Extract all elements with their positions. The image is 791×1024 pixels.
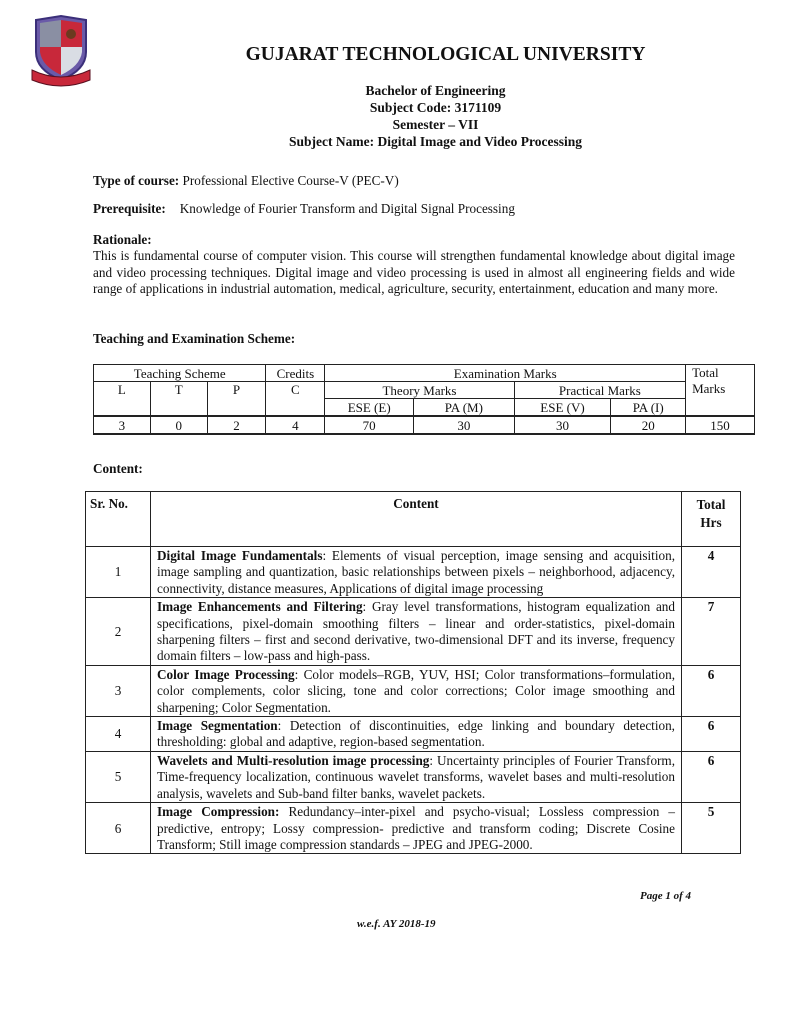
content-sr-no: 6: [86, 803, 151, 854]
practical-marks-header: Practical Marks: [514, 382, 685, 399]
type-of-course-label: Type of course:: [93, 173, 179, 188]
content-text: Image Compression: Redundancy–inter-pixe…: [151, 803, 682, 854]
content-row: 3Color Image Processing: Color models–RG…: [86, 665, 741, 716]
c-value: 4: [266, 416, 325, 434]
content-sr-no: 3: [86, 665, 151, 716]
total-hrs-header: Total Hrs: [682, 492, 741, 547]
c-header: C: [266, 382, 325, 417]
ese-e-header: ESE (E): [325, 399, 414, 417]
total-hrs-line1: Total: [686, 496, 736, 514]
pa-m-value: 30: [414, 416, 515, 434]
prerequisite-label: Prerequisite:: [93, 201, 166, 216]
wef-note: w.e.f. AY 2018-19: [357, 918, 436, 930]
total-marks-header: Total Marks: [686, 365, 755, 417]
content-sr-no: 5: [86, 751, 151, 802]
content-topic-title: Image Segmentation: [157, 718, 278, 733]
content-hours: 6: [682, 665, 741, 716]
pa-i-header: PA (I): [611, 399, 686, 417]
semester: Semester – VII: [0, 117, 791, 133]
content-topic-title: Digital Image Fundamentals: [157, 548, 322, 563]
subject-name: Subject Name: Digital Image and Video Pr…: [0, 134, 791, 150]
content-heading: Content:: [93, 461, 735, 478]
content-hours: 4: [682, 547, 741, 598]
content-topic-title: Image Compression:: [157, 804, 279, 819]
content-row: 6Image Compression: Redundancy–inter-pix…: [86, 803, 741, 854]
content-sr-no: 4: [86, 717, 151, 752]
content-sr-no: 1: [86, 547, 151, 598]
ese-v-header: ESE (V): [514, 399, 611, 417]
l-value: 3: [94, 416, 151, 434]
total-marks-value: 150: [686, 416, 755, 434]
t-header: T: [150, 382, 207, 417]
credits-header: Credits: [266, 365, 325, 382]
t-value: 0: [150, 416, 207, 434]
content-header: Content: [151, 492, 682, 547]
subject-code: Subject Code: 3171109: [0, 100, 791, 116]
pa-i-value: 20: [611, 416, 686, 434]
content-text: Image Segmentation: Detection of discont…: [151, 717, 682, 752]
theory-marks-header: Theory Marks: [325, 382, 514, 399]
type-of-course: Type of course: Professional Elective Co…: [93, 173, 735, 190]
prerequisite: Prerequisite:Knowledge of Fourier Transf…: [93, 201, 735, 218]
content-sr-no: 2: [86, 598, 151, 666]
content-header-row: Sr. No. Content Total Hrs: [86, 492, 741, 547]
content-table: Sr. No. Content Total Hrs 1Digital Image…: [85, 491, 741, 854]
sr-no-header: Sr. No.: [86, 492, 151, 547]
ese-e-value: 70: [325, 416, 414, 434]
content-row: 1Digital Image Fundamentals: Elements of…: [86, 547, 741, 598]
ese-v-value: 30: [514, 416, 611, 434]
content-text: Color Image Processing: Color models–RGB…: [151, 665, 682, 716]
content-topic-title: Wavelets and Multi-resolution image proc…: [157, 753, 429, 768]
content-text: Wavelets and Multi-resolution image proc…: [151, 751, 682, 802]
content-hours: 6: [682, 751, 741, 802]
content-topic-title: Image Enhancements and Filtering: [157, 599, 363, 614]
content-topic-title: Color Image Processing: [157, 667, 295, 682]
content-hours: 6: [682, 717, 741, 752]
rationale-heading: Rationale:: [93, 232, 735, 249]
p-header: P: [207, 382, 266, 417]
university-title: GUJARAT TECHNOLOGICAL UNIVERSITY: [0, 44, 791, 66]
teaching-scheme-header: Teaching Scheme: [94, 365, 266, 382]
degree: Bachelor of Engineering: [0, 83, 791, 99]
page-number: Page 1 of 4: [640, 890, 691, 902]
l-header: L: [94, 382, 151, 417]
total-hrs-line2: Hrs: [686, 514, 736, 532]
p-value: 2: [207, 416, 266, 434]
content-hours: 7: [682, 598, 741, 666]
content-row: 5Wavelets and Multi-resolution image pro…: [86, 751, 741, 802]
type-of-course-value: Professional Elective Course-V (PEC-V): [179, 173, 399, 188]
content-text: Digital Image Fundamentals: Elements of …: [151, 547, 682, 598]
scheme-heading: Teaching and Examination Scheme:: [93, 331, 735, 348]
teaching-scheme-table: Teaching Scheme Credits Examination Mark…: [93, 364, 755, 435]
scheme-values-row: 3 0 2 4 70 30 30 20 150: [94, 416, 755, 434]
prerequisite-value: Knowledge of Fourier Transform and Digit…: [180, 201, 515, 216]
rationale-text: This is fundamental course of computer v…: [93, 248, 735, 298]
content-text: Image Enhancements and Filtering: Gray l…: [151, 598, 682, 666]
content-hours: 5: [682, 803, 741, 854]
exam-marks-header: Examination Marks: [325, 365, 686, 382]
content-row: 2Image Enhancements and Filtering: Gray …: [86, 598, 741, 666]
pa-m-header: PA (M): [414, 399, 515, 417]
content-row: 4Image Segmentation: Detection of discon…: [86, 717, 741, 752]
